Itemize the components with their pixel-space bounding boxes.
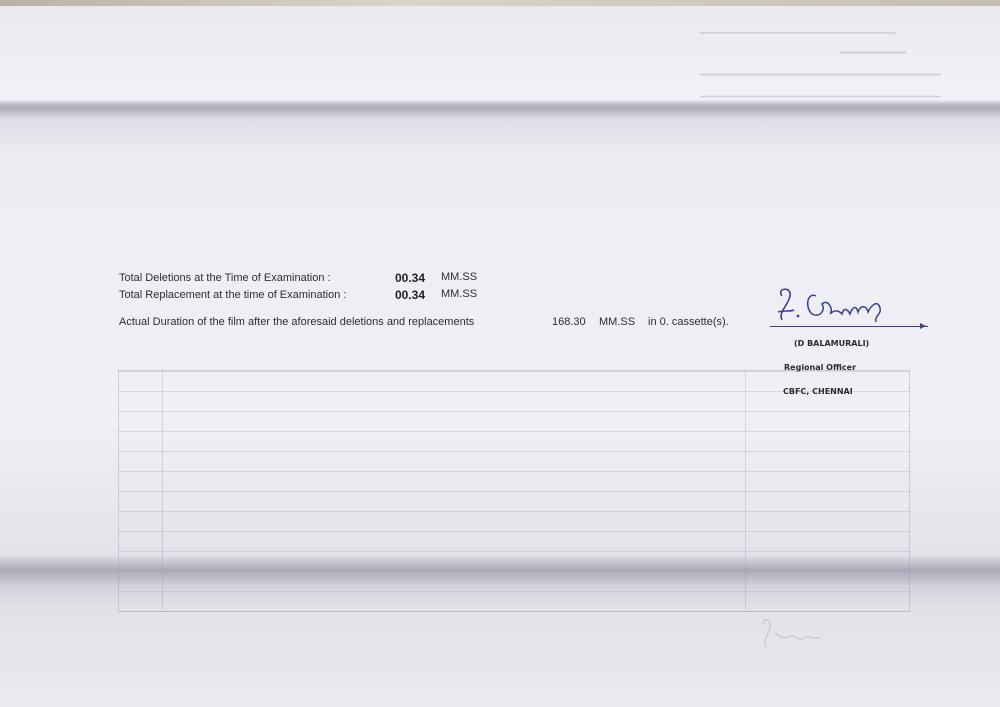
bleed-through-text: ━━━━━━━━━━━━━━━━━━━━━━━━━━━━━━━━━━━━━━━━ xyxy=(700,70,941,81)
signatory-office: CBFC, CHENNAI xyxy=(783,387,853,396)
bleed-through-text: ━━━━━━━━━━━━━━━━━━━━━━━━━━━━━━━━━━━━━━━━ xyxy=(700,92,941,103)
cassette-count: in 0. cassette(s). xyxy=(648,316,729,328)
replacement-unit: MM.SS xyxy=(441,288,477,300)
scanned-page: ━━━━━━━━━━━━━━━━━━━━━━━━━━━━━━━━━━━━ ━━━… xyxy=(0,0,1000,707)
signature-block: (D BALAMURALI) Regional Officer CBFC, CH… xyxy=(760,282,930,402)
bleed-through-table-divider xyxy=(745,370,746,610)
signatory-designation: Regional Officer xyxy=(784,363,856,372)
page-edge xyxy=(0,0,1000,6)
signatory-name: (D BALAMURALI) xyxy=(794,339,869,348)
bleed-through-table xyxy=(118,370,910,612)
signature-line-arrow xyxy=(920,323,926,329)
deletions-label: Total Deletions at the Time of Examinati… xyxy=(119,272,331,284)
bleed-through-text: ━━━━━━━━━━━━━━━━━━━━━━━━━━━━━━━━━━━━ xyxy=(700,28,895,39)
deletions-unit: MM.SS xyxy=(441,271,477,283)
actual-duration-value: 168.30 xyxy=(552,316,586,328)
actual-duration-label: Actual Duration of the film after the af… xyxy=(119,316,474,328)
deletions-value: 00.34 xyxy=(395,271,425,285)
bleed-through-signature xyxy=(758,615,828,655)
actual-duration-unit: MM.SS xyxy=(599,316,635,328)
bleed-through-text: ━━━━━━━━━━━ xyxy=(840,48,906,59)
replacement-label: Total Replacement at the time of Examina… xyxy=(119,289,346,301)
bleed-through-table-divider xyxy=(162,370,163,610)
signature-image xyxy=(768,282,898,326)
signature-line xyxy=(770,326,928,327)
replacement-value: 00.34 xyxy=(395,288,425,302)
